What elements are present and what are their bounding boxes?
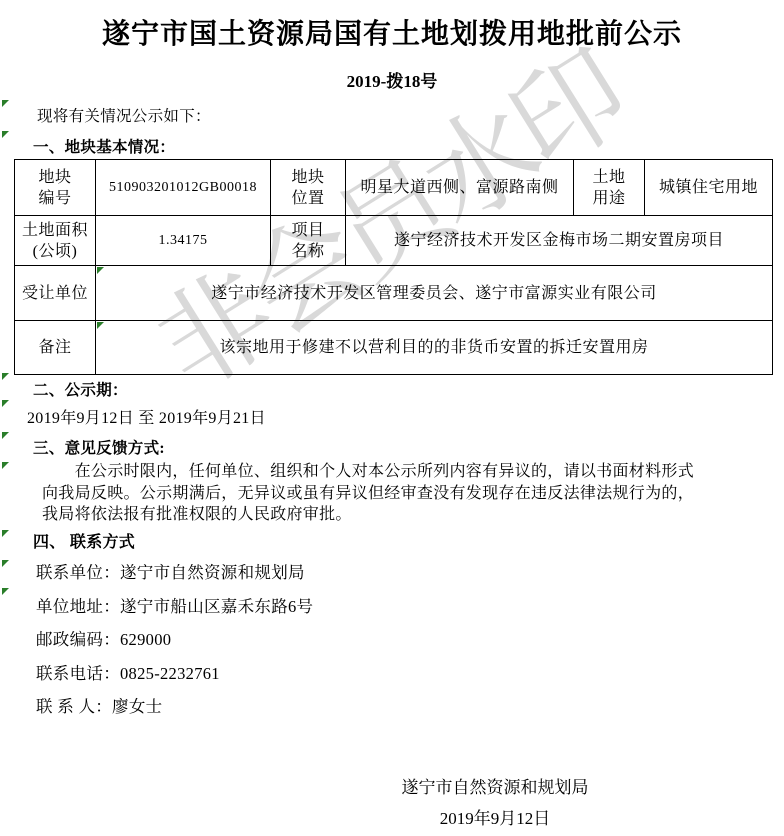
remarks-value: 该宗地用于修建不以营利目的的非货币安置的拆迁安置用房	[96, 321, 773, 375]
section-heading-3: 三、意见反馈方式:	[33, 436, 165, 458]
land-use-value: 城镇住宅用地	[645, 160, 773, 216]
parcel-number-value: 510903201012GB00018	[96, 160, 271, 216]
land-info-table: 地块 编号 510903201012GB00018 地块 位置 明星大道西侧、富…	[14, 159, 773, 375]
parcel-location-label: 地块 位置	[271, 160, 346, 216]
table-row: 受让单位 遂宁市经济技术开发区管理委员会、遂宁市富源实业有限公司	[15, 266, 773, 321]
intro-text: 现将有关情况公示如下：	[37, 104, 211, 126]
table-row: 土地面积 (公顷) 1.34175 项目 名称 遂宁经济技术开发区金梅市场二期安…	[15, 216, 773, 266]
section-heading-1: 一、地块基本情况：	[33, 135, 175, 157]
signature-date: 2019年9月12日	[330, 804, 660, 829]
land-area-value: 1.34175	[96, 216, 271, 266]
project-name-label: 项目 名称	[271, 216, 346, 266]
paragraph-marker-icon	[2, 530, 9, 537]
contact-postcode: 邮政编码：629000	[36, 626, 171, 650]
project-name-value: 遂宁经济技术开发区金梅市场二期安置房项目	[346, 216, 773, 266]
paragraph-marker-icon	[2, 373, 9, 380]
contact-phone: 联系电话：0825-2232761	[36, 660, 220, 684]
section-heading-2: 二、公示期：	[33, 378, 128, 400]
contact-address: 单位地址：遂宁市船山区嘉禾东路6号	[36, 593, 313, 617]
remarks-label: 备注	[15, 321, 96, 375]
page-title: 遂宁市国土资源局国有土地划拨用地批前公示	[0, 12, 784, 52]
table-row: 备注 该宗地用于修建不以营利目的的非货币安置的拆迁安置用房	[15, 321, 773, 375]
section-heading-4: 四、 联系方式	[33, 529, 135, 552]
signature-org: 遂宁市自然资源和规划局	[330, 773, 660, 798]
land-use-label: 土地 用途	[574, 160, 645, 216]
table-row: 地块 编号 510903201012GB00018 地块 位置 明星大道西侧、富…	[15, 160, 773, 216]
paragraph-marker-icon	[2, 131, 9, 138]
land-area-label: 土地面积 (公顷)	[15, 216, 96, 266]
transferee-value: 遂宁市经济技术开发区管理委员会、遂宁市富源实业有限公司	[96, 266, 773, 321]
feedback-paragraph: 在公示时限内，任何单位、组织和个人对本公示所列内容有异议的，请以书面材料形式 向…	[42, 461, 722, 526]
paragraph-marker-icon	[2, 560, 9, 567]
paragraph-marker-icon	[2, 400, 9, 407]
paragraph-marker-icon	[2, 100, 9, 107]
contact-person: 联 系 人：廖女士	[36, 693, 162, 717]
paragraph-marker-icon	[2, 432, 9, 439]
transferee-label: 受让单位	[15, 266, 96, 321]
document-page: 非会员水印 遂宁市国土资源局国有土地划拨用地批前公示 2019-拨18号 现将有…	[0, 0, 784, 836]
publicity-period-text: 2019年9月12日 至 2019年9月21日	[27, 405, 266, 428]
doc-number: 2019-拨18号	[0, 67, 784, 92]
paragraph-marker-icon	[2, 462, 9, 469]
contact-unit: 联系单位：遂宁市自然资源和规划局	[36, 559, 305, 583]
paragraph-marker-icon	[2, 588, 9, 595]
parcel-location-value: 明星大道西侧、富源路南侧	[346, 160, 574, 216]
parcel-number-label: 地块 编号	[15, 160, 96, 216]
